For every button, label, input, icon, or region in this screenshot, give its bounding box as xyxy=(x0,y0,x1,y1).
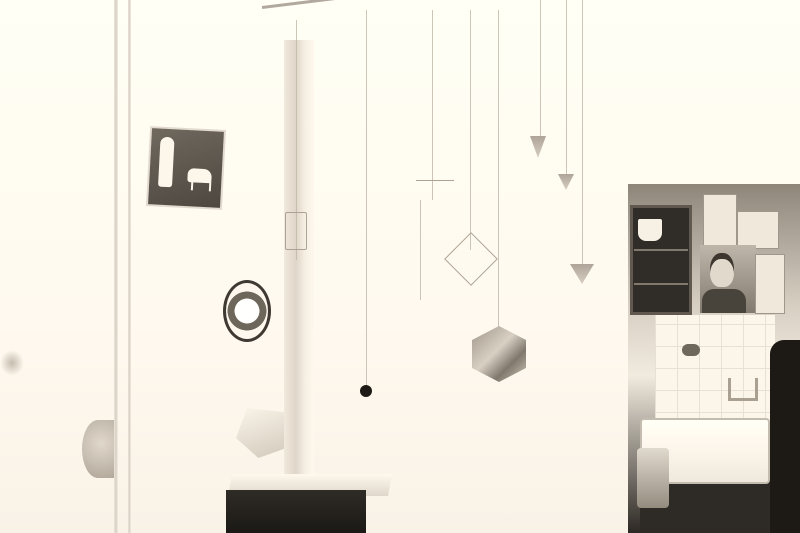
cabinet-shelf xyxy=(634,249,688,251)
picture-horse xyxy=(187,168,212,183)
framed-picture xyxy=(148,128,224,208)
wire-polyhedron-mobile xyxy=(285,212,307,250)
wall-smudge xyxy=(0,350,24,376)
mobile-string xyxy=(498,10,499,330)
table xyxy=(226,490,366,533)
wire-cross-mobile xyxy=(416,180,454,191)
tiled-wall xyxy=(655,315,775,435)
soap-dish xyxy=(728,378,758,401)
pyramid-mobile xyxy=(530,136,546,158)
cabinet-shelf xyxy=(634,283,688,285)
mobile-string xyxy=(566,0,567,180)
wall-poster xyxy=(704,195,736,247)
mobile-string xyxy=(420,200,421,300)
cup xyxy=(638,219,662,241)
mobile-string xyxy=(432,10,433,200)
mobile-string xyxy=(366,10,367,390)
wall-poster xyxy=(738,212,778,248)
dark-clothed-person xyxy=(770,340,800,533)
image-caption: Black-and-white photograph of a white-wa… xyxy=(0,0,1,1)
door-frame-line xyxy=(114,0,118,533)
wall-light-switch xyxy=(82,420,114,478)
man-shoulders xyxy=(702,289,746,313)
mobile-string xyxy=(582,0,583,265)
hanging-rod xyxy=(262,0,461,9)
mobile-string xyxy=(540,0,541,140)
pyramid-mobile xyxy=(570,264,594,284)
man-face xyxy=(710,253,734,287)
picture-figure xyxy=(158,137,175,188)
mobile-string xyxy=(470,10,471,250)
door-frame-line xyxy=(128,0,131,533)
mirror-reflection xyxy=(700,245,756,313)
polyhedron-mobile xyxy=(472,326,526,382)
round-emblem xyxy=(223,280,271,342)
wall-shelf-box xyxy=(756,255,784,313)
faucet xyxy=(682,344,700,356)
pyramid-mobile xyxy=(558,174,574,190)
wire-polyhedron-mobile xyxy=(444,232,498,286)
support-column xyxy=(284,40,314,480)
chair xyxy=(637,448,669,508)
small-dark-mobile xyxy=(360,385,372,397)
cabinet xyxy=(630,205,692,315)
photograph: Black-and-white photograph of a white-wa… xyxy=(0,0,800,533)
